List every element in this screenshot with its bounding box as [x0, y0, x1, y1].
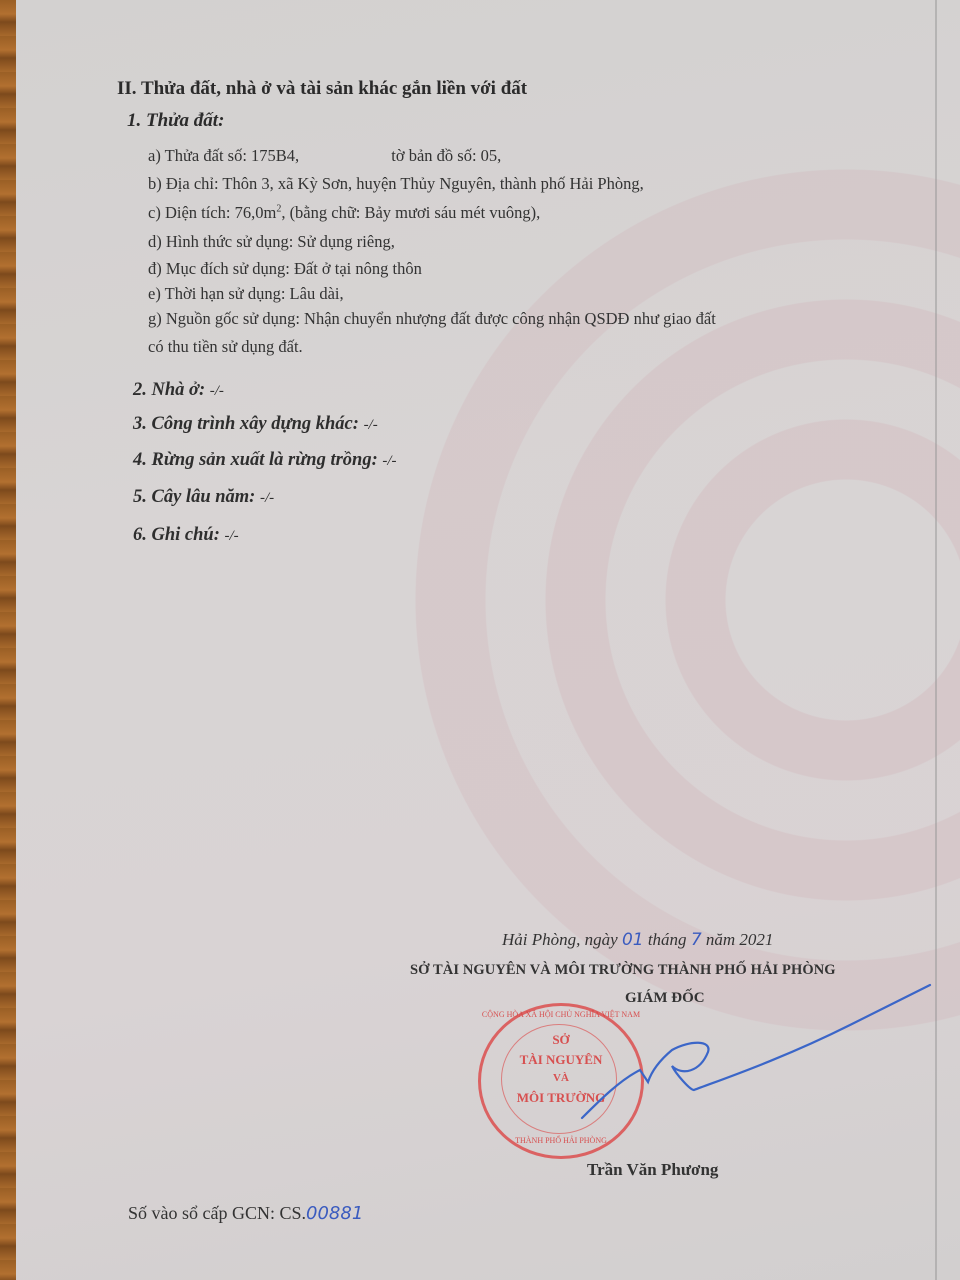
page-fold [935, 0, 937, 1280]
date-month-label: tháng [648, 930, 687, 949]
land-line-origin-cont: có thu tiền sử dụng đất. [148, 337, 303, 357]
section-title: II. Thửa đất, nhà ở và tài sản khác gắn … [117, 78, 527, 100]
item-value: -/- [210, 383, 224, 399]
item-perennial-trees: 5. Cây lâu năm: -/- [133, 487, 274, 508]
map-sheet-number: tờ bản đồ số: 05, [391, 146, 501, 165]
land-line-term: e) Thời hạn sử dụng: Lâu dài, [148, 284, 344, 304]
gcn-label: Số vào sổ cấp GCN: CS. [128, 1203, 306, 1223]
item-house: 2. Nhà ở: -/- [133, 380, 224, 401]
stamp-text-mt: MÔI TRƯỜNG [481, 1090, 641, 1106]
stamp-text-so: SỞ [481, 1032, 641, 1048]
item-label: 2. Nhà ở: [133, 380, 205, 400]
land-heading: 1. Thửa đất: [127, 110, 224, 132]
parcel-number: a) Thửa đất số: 175B4, [148, 146, 299, 165]
land-line-usage-form: d) Hình thức sử dụng: Sử dụng riêng, [148, 232, 395, 252]
area-value: c) Diện tích: 76,0m [148, 203, 276, 222]
land-line-origin: g) Nguồn gốc sử dụng: Nhận chuyển nhượng… [148, 309, 716, 329]
date-year: năm 2021 [706, 930, 774, 949]
signer-role: GIÁM ĐỐC [625, 990, 705, 1007]
gcn-registry-number: Số vào sổ cấp GCN: CS.00881 [128, 1203, 363, 1224]
drum-watermark [396, 150, 960, 1050]
date-day: 01 [622, 930, 644, 950]
stamp-ring-bottom: THÀNH PHỐ HẢI PHÒNG [481, 1136, 641, 1145]
official-red-stamp: CỘNG HÒA XÃ HỘI CHỦ NGHĨA VIỆT NAM SỞ TÀ… [478, 1003, 644, 1159]
issuing-agency: SỞ TÀI NGUYÊN VÀ MÔI TRƯỜNG THÀNH PHỐ HẢ… [410, 962, 836, 979]
item-label: 6. Ghi chú: [133, 525, 220, 545]
date-place: Hải Phòng, ngày [502, 930, 618, 949]
date-month: 7 [691, 930, 702, 950]
land-line-area: c) Diện tích: 76,0m2, (bằng chữ: Bảy mươ… [148, 203, 540, 223]
item-production-forest: 4. Rừng sản xuất là rừng trồng: -/- [133, 450, 397, 471]
gcn-number: 00881 [306, 1203, 363, 1224]
stamp-ring-top: CỘNG HÒA XÃ HỘI CHỦ NGHĨA VIỆT NAM [481, 1010, 641, 1019]
item-value: -/- [364, 417, 378, 433]
item-label: 3. Công trình xây dựng khác: [133, 414, 359, 434]
signer-name: Trần Văn Phương [587, 1160, 718, 1180]
issue-date: Hải Phòng, ngày 01 tháng 7 năm 2021 [502, 930, 773, 950]
land-line-parcel: a) Thửa đất số: 175B4, tờ bản đồ số: 05, [148, 146, 501, 166]
item-other-construction: 3. Công trình xây dựng khác: -/- [133, 414, 378, 435]
item-label: 5. Cây lâu năm: [133, 487, 255, 507]
item-label: 4. Rừng sản xuất là rừng trồng: [133, 450, 378, 470]
land-line-address: b) Địa chỉ: Thôn 3, xã Kỳ Sơn, huyện Thủ… [148, 174, 644, 194]
area-words: , (bằng chữ: Bảy mươi sáu mét vuông), [281, 203, 540, 222]
stamp-text-tn: TÀI NGUYÊN [481, 1052, 641, 1068]
land-line-purpose: đ) Mục đích sử dụng: Đất ở tại nông thôn [148, 259, 422, 279]
item-value: -/- [225, 528, 239, 544]
item-value: -/- [260, 490, 274, 506]
item-value: -/- [382, 453, 396, 469]
item-notes: 6. Ghi chú: -/- [133, 525, 239, 546]
stamp-text-va: VÀ [481, 1072, 641, 1084]
